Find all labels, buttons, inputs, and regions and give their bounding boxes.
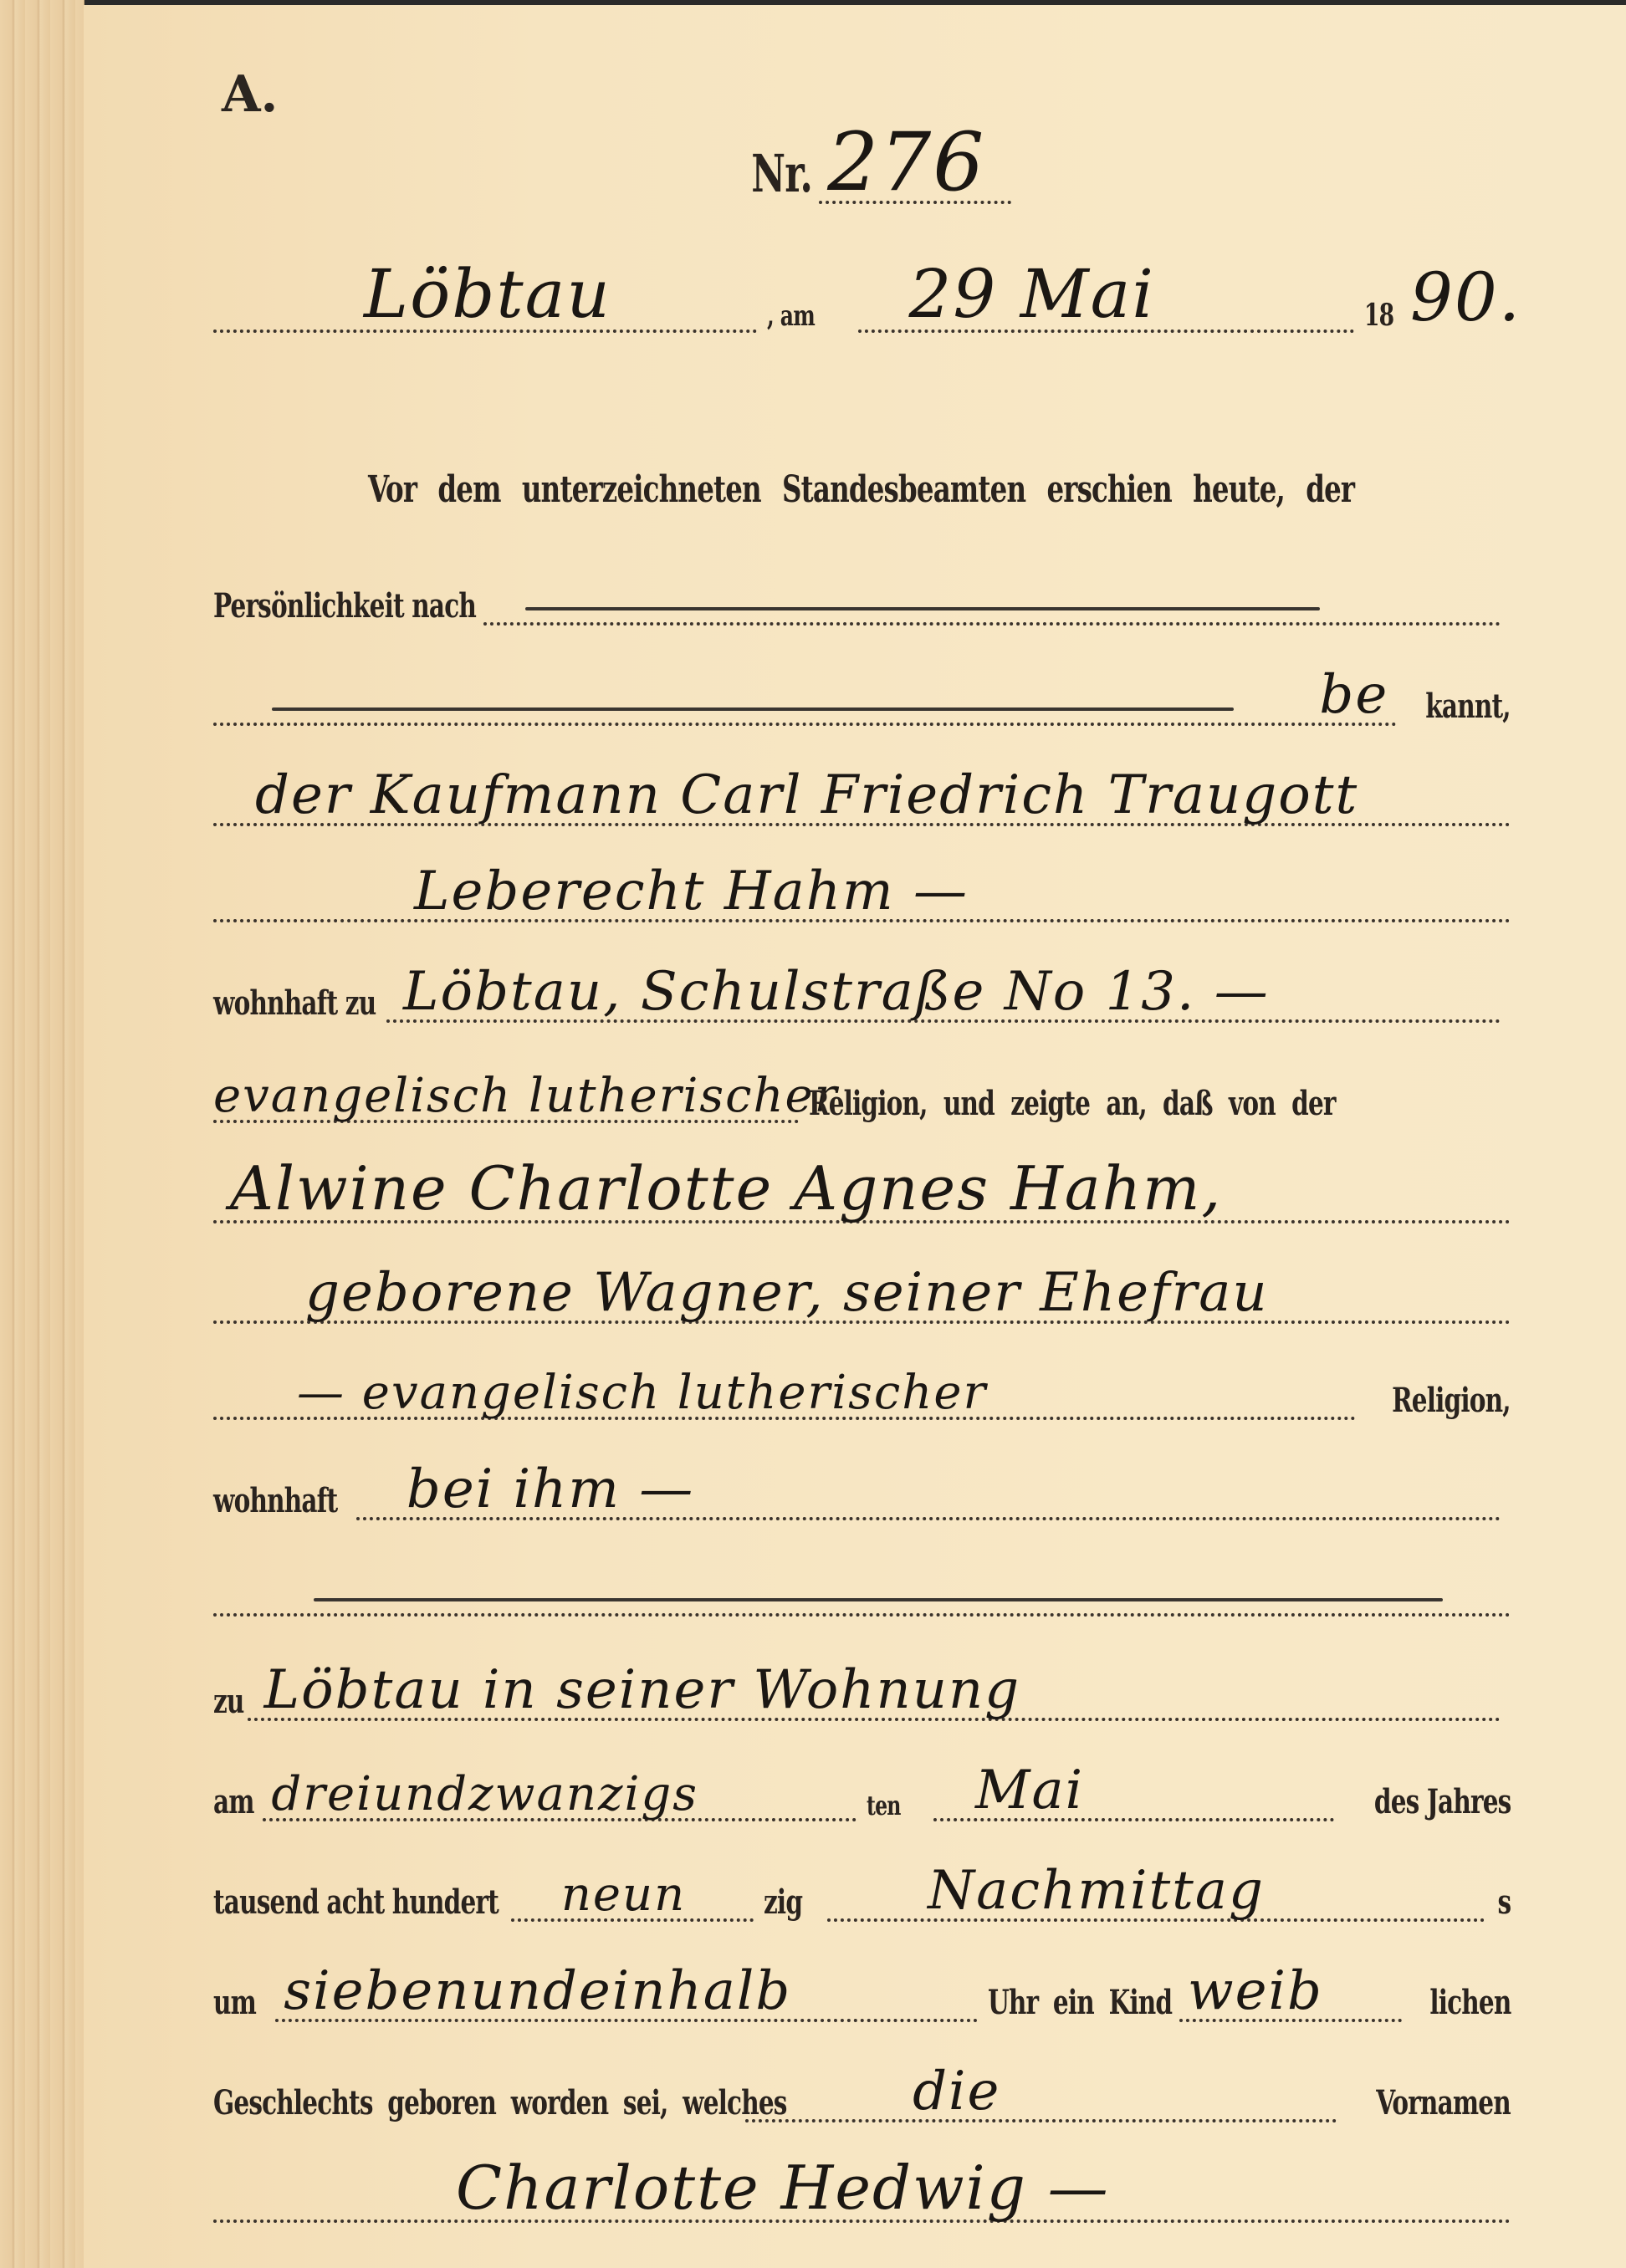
- mother-maiden-row: geborene Wagner, seiner Ehefrau: [213, 1267, 1511, 1324]
- birth-month-value: Mai: [975, 1760, 1084, 1821]
- vornamen-label: Vornamen: [1376, 2083, 1511, 2122]
- nr-label: Nr.: [751, 143, 812, 204]
- intro-row: Vor dem unterzeichneten Standesbeamten e…: [368, 468, 1511, 511]
- mother-religion-row: — evangelisch lutherischer Religion,: [213, 1363, 1511, 1420]
- birth-hour-field[interactable]: siebenundeinhalb: [275, 1965, 978, 2022]
- birth-month-field[interactable]: Mai: [933, 1765, 1334, 1821]
- known-suffix: kannt,: [1426, 687, 1511, 726]
- mother-residence-field[interactable]: bei ihm —: [356, 1463, 1501, 1520]
- geschlechts-label: Geschlechts geboren worden sei, welches: [213, 2083, 787, 2122]
- year-field[interactable]: 90.: [1410, 279, 1511, 333]
- zig-suffix: zig: [764, 1882, 802, 1922]
- am-label-2: am: [213, 1782, 254, 1821]
- section-letter: A.: [222, 65, 278, 124]
- strike-dash: [525, 607, 1320, 610]
- informant-name-field-2[interactable]: Leberecht Hahm —: [213, 866, 1511, 922]
- birthplace-value: Löbtau in seiner Wohnung: [264, 1659, 1021, 1721]
- birthplace-label: zu: [213, 1682, 244, 1721]
- informant-name-row-2: Leberecht Hahm —: [213, 866, 1511, 922]
- birth-date-row: am dreiundzwanzigs ten Mai des Jahres: [213, 1765, 1511, 1821]
- informant-religion-field[interactable]: evangelisch lutherischer: [213, 1066, 799, 1123]
- mother-name-value: Alwine Charlotte Agnes Hahm,: [230, 1153, 1222, 1223]
- child-names-value: Charlotte Hedwig —: [456, 2153, 1110, 2223]
- date-field[interactable]: 29 Mai: [858, 276, 1353, 333]
- birth-decade-value: neun: [561, 1867, 686, 1922]
- mother-residence-row: wohnhaft bei ihm —: [213, 1463, 1511, 1520]
- child-names-row: Charlotte Hedwig —: [213, 2166, 1511, 2223]
- mother-maiden-value: geborene Wagner, seiner Ehefrau: [305, 1262, 1269, 1324]
- date-value: 29 Mai: [908, 255, 1154, 333]
- place-date-row: Löbtau , am 29 Mai 18 90.: [213, 276, 1511, 333]
- article-value: die: [913, 2061, 1000, 2122]
- informant-residence-value: Löbtau, Schulstraße No 13. —: [403, 961, 1270, 1023]
- mother-maiden-field[interactable]: geborene Wagner, seiner Ehefrau: [213, 1267, 1511, 1324]
- am-label: , am: [767, 299, 815, 333]
- time-of-day-field[interactable]: Nachmittag: [827, 1865, 1485, 1922]
- informant-name-field-1[interactable]: der Kaufmann Carl Friedrich Traugott: [213, 769, 1511, 826]
- mother-name-row: Alwine Charlotte Agnes Hahm,: [213, 1167, 1511, 1223]
- record-number-value: 276: [827, 115, 985, 209]
- religion-label: Religion,: [1392, 1381, 1511, 1420]
- year-words-label: tausend acht hundert: [213, 1882, 499, 1922]
- lichen-suffix: lichen: [1429, 1983, 1511, 2022]
- residence-continuation-row: [213, 1560, 1511, 1617]
- birth-hour-row: um siebenundeinhalb Uhr ein Kind weib li…: [213, 1965, 1511, 2022]
- year-value: 90.: [1410, 258, 1521, 336]
- mother-residence-value: bei ihm —: [406, 1458, 694, 1520]
- year-prefix: 18: [1364, 298, 1393, 333]
- child-names-field[interactable]: Charlotte Hedwig —: [213, 2166, 1511, 2223]
- child-sex-value: weib: [1188, 1960, 1323, 2022]
- known-field[interactable]: be: [213, 669, 1397, 726]
- informant-residence-row: wohnhaft zu Löbtau, Schulstraße No 13. —: [213, 966, 1511, 1023]
- informant-name-2: Leberecht Hahm —: [414, 861, 969, 922]
- known-prefix-value: be: [1319, 664, 1388, 726]
- birth-hour-value: siebenundeinhalb: [284, 1960, 791, 2022]
- um-label: um: [213, 1983, 256, 2022]
- residence-continuation-field[interactable]: [213, 1560, 1511, 1617]
- religion-report-text: Religion, und zeigte an, daß von der: [809, 1084, 1336, 1123]
- informant-residence-field[interactable]: Löbtau, Schulstraße No 13. —: [386, 966, 1501, 1023]
- article-field[interactable]: die: [745, 2066, 1337, 2122]
- place-value: Löbtau: [364, 255, 611, 333]
- identity-label: Persönlichkeit nach: [213, 586, 476, 626]
- birth-year-row: tausend acht hundert neun zig Nachmittag…: [213, 1865, 1511, 1922]
- identity-field[interactable]: [483, 569, 1501, 626]
- given-names-intro-row: Geschlechts geboren worden sei, welches …: [213, 2066, 1511, 2122]
- birthplace-field[interactable]: Löbtau in seiner Wohnung: [248, 1664, 1501, 1721]
- mother-religion-field[interactable]: — evangelisch lutherischer: [213, 1363, 1356, 1420]
- place-field[interactable]: Löbtau: [213, 276, 757, 333]
- identity-row: Persönlichkeit nach: [213, 569, 1511, 626]
- informant-name-row-1: der Kaufmann Carl Friedrich Traugott: [213, 769, 1511, 826]
- des-jahres-label: des Jahres: [1373, 1782, 1511, 1821]
- s-suffix: s: [1497, 1882, 1511, 1922]
- child-sex-field[interactable]: weib: [1179, 1965, 1402, 2022]
- residence-label: wohnhaft zu: [213, 983, 376, 1023]
- intro-text: Vor dem unterzeichneten Standesbeamten e…: [368, 468, 1354, 511]
- record-number-field[interactable]: 276: [819, 125, 1011, 204]
- residence-label-2: wohnhaft: [213, 1481, 337, 1520]
- uhr-kind-label: Uhr ein Kind: [988, 1983, 1172, 2022]
- time-of-day-value: Nachmittag: [928, 1860, 1265, 1922]
- birth-day-field[interactable]: dreiundzwanzigs: [263, 1765, 856, 1821]
- informant-name-1: der Kaufmann Carl Friedrich Traugott: [255, 764, 1358, 826]
- record-number-row: Nr. 276: [736, 125, 1011, 204]
- mother-name-field[interactable]: Alwine Charlotte Agnes Hahm,: [213, 1167, 1511, 1223]
- informant-religion-value: evangelisch lutherischer: [213, 1069, 838, 1123]
- mother-religion-value: — evangelisch lutherischer: [297, 1366, 987, 1420]
- birth-decade-field[interactable]: neun: [511, 1865, 754, 1922]
- birthplace-row: zu Löbtau in seiner Wohnung: [213, 1664, 1511, 1721]
- known-row: be kannt,: [213, 669, 1511, 726]
- birth-day-value: dreiundzwanzigs: [271, 1767, 698, 1821]
- register-page: [84, 5, 1626, 2268]
- ten-suffix: ten: [867, 1790, 901, 1821]
- strike-dash: [272, 707, 1234, 711]
- page-stack-edge: [0, 0, 84, 2268]
- strike-dash: [314, 1598, 1443, 1601]
- informant-religion-row: evangelisch lutherischer Religion, und z…: [213, 1066, 1511, 1123]
